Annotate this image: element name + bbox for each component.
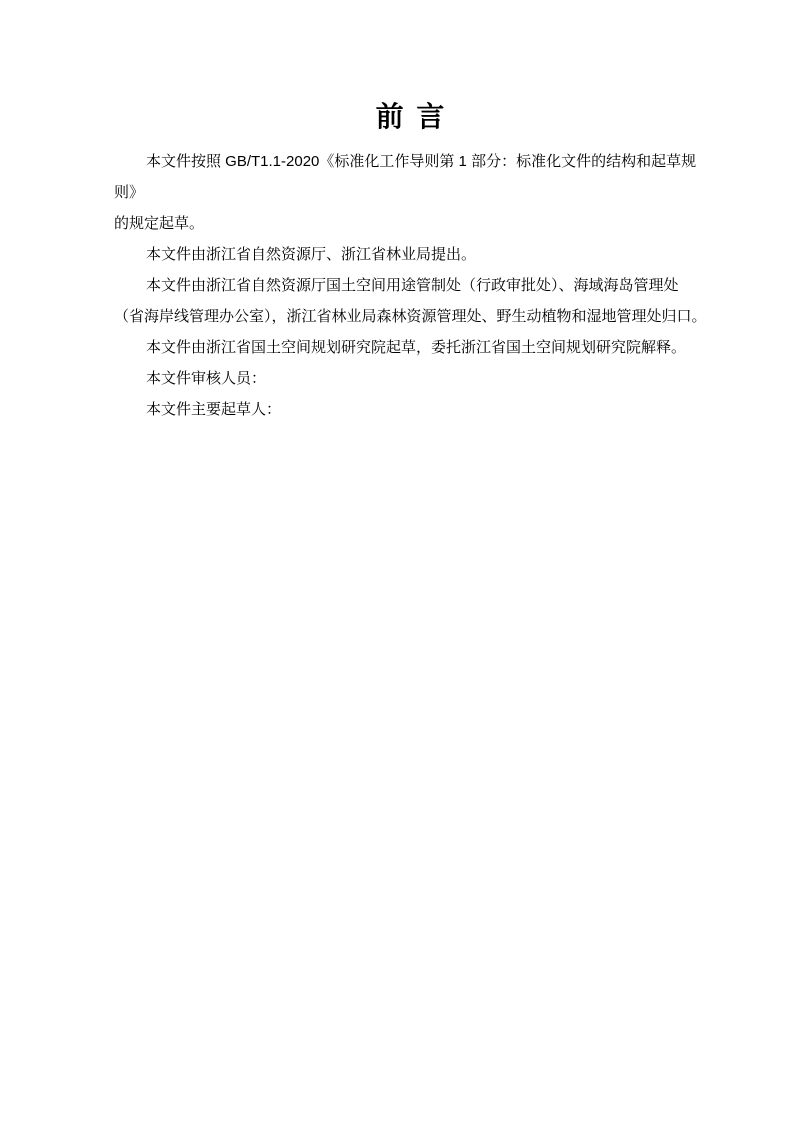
paragraph-line: 本文件由浙江省国土空间规划研究院起草，委托浙江省国土空间规划研究院解释。 [114,332,706,363]
paragraph-line: 本文件由浙江省自然资源厅国土空间用途管制处（行政审批处）、海域海岛管理处 [114,270,706,301]
paragraph-line: 则》 [114,177,706,208]
document-body: 本文件按照 GB/T1.1-2020《标准化工作导则第 1 部分：标准化文件的结… [114,146,706,425]
paragraph-line: 本文件审核人员： [114,363,706,394]
paragraph-line: 本文件按照 GB/T1.1-2020《标准化工作导则第 1 部分：标准化文件的结… [114,146,706,177]
document-page: 前 言 本文件按照 GB/T1.1-2020《标准化工作导则第 1 部分：标准化… [0,0,800,1132]
paragraph-line: 本文件主要起草人： [114,394,706,425]
paragraph-line: 的规定起草。 [114,208,706,239]
document-title: 前 言 [114,99,706,135]
paragraph-line: 本文件由浙江省自然资源厅、浙江省林业局提出。 [114,239,706,270]
paragraph-line: （省海岸线管理办公室），浙江省林业局森林资源管理处、野生动植物和湿地管理处归口。 [114,301,706,332]
